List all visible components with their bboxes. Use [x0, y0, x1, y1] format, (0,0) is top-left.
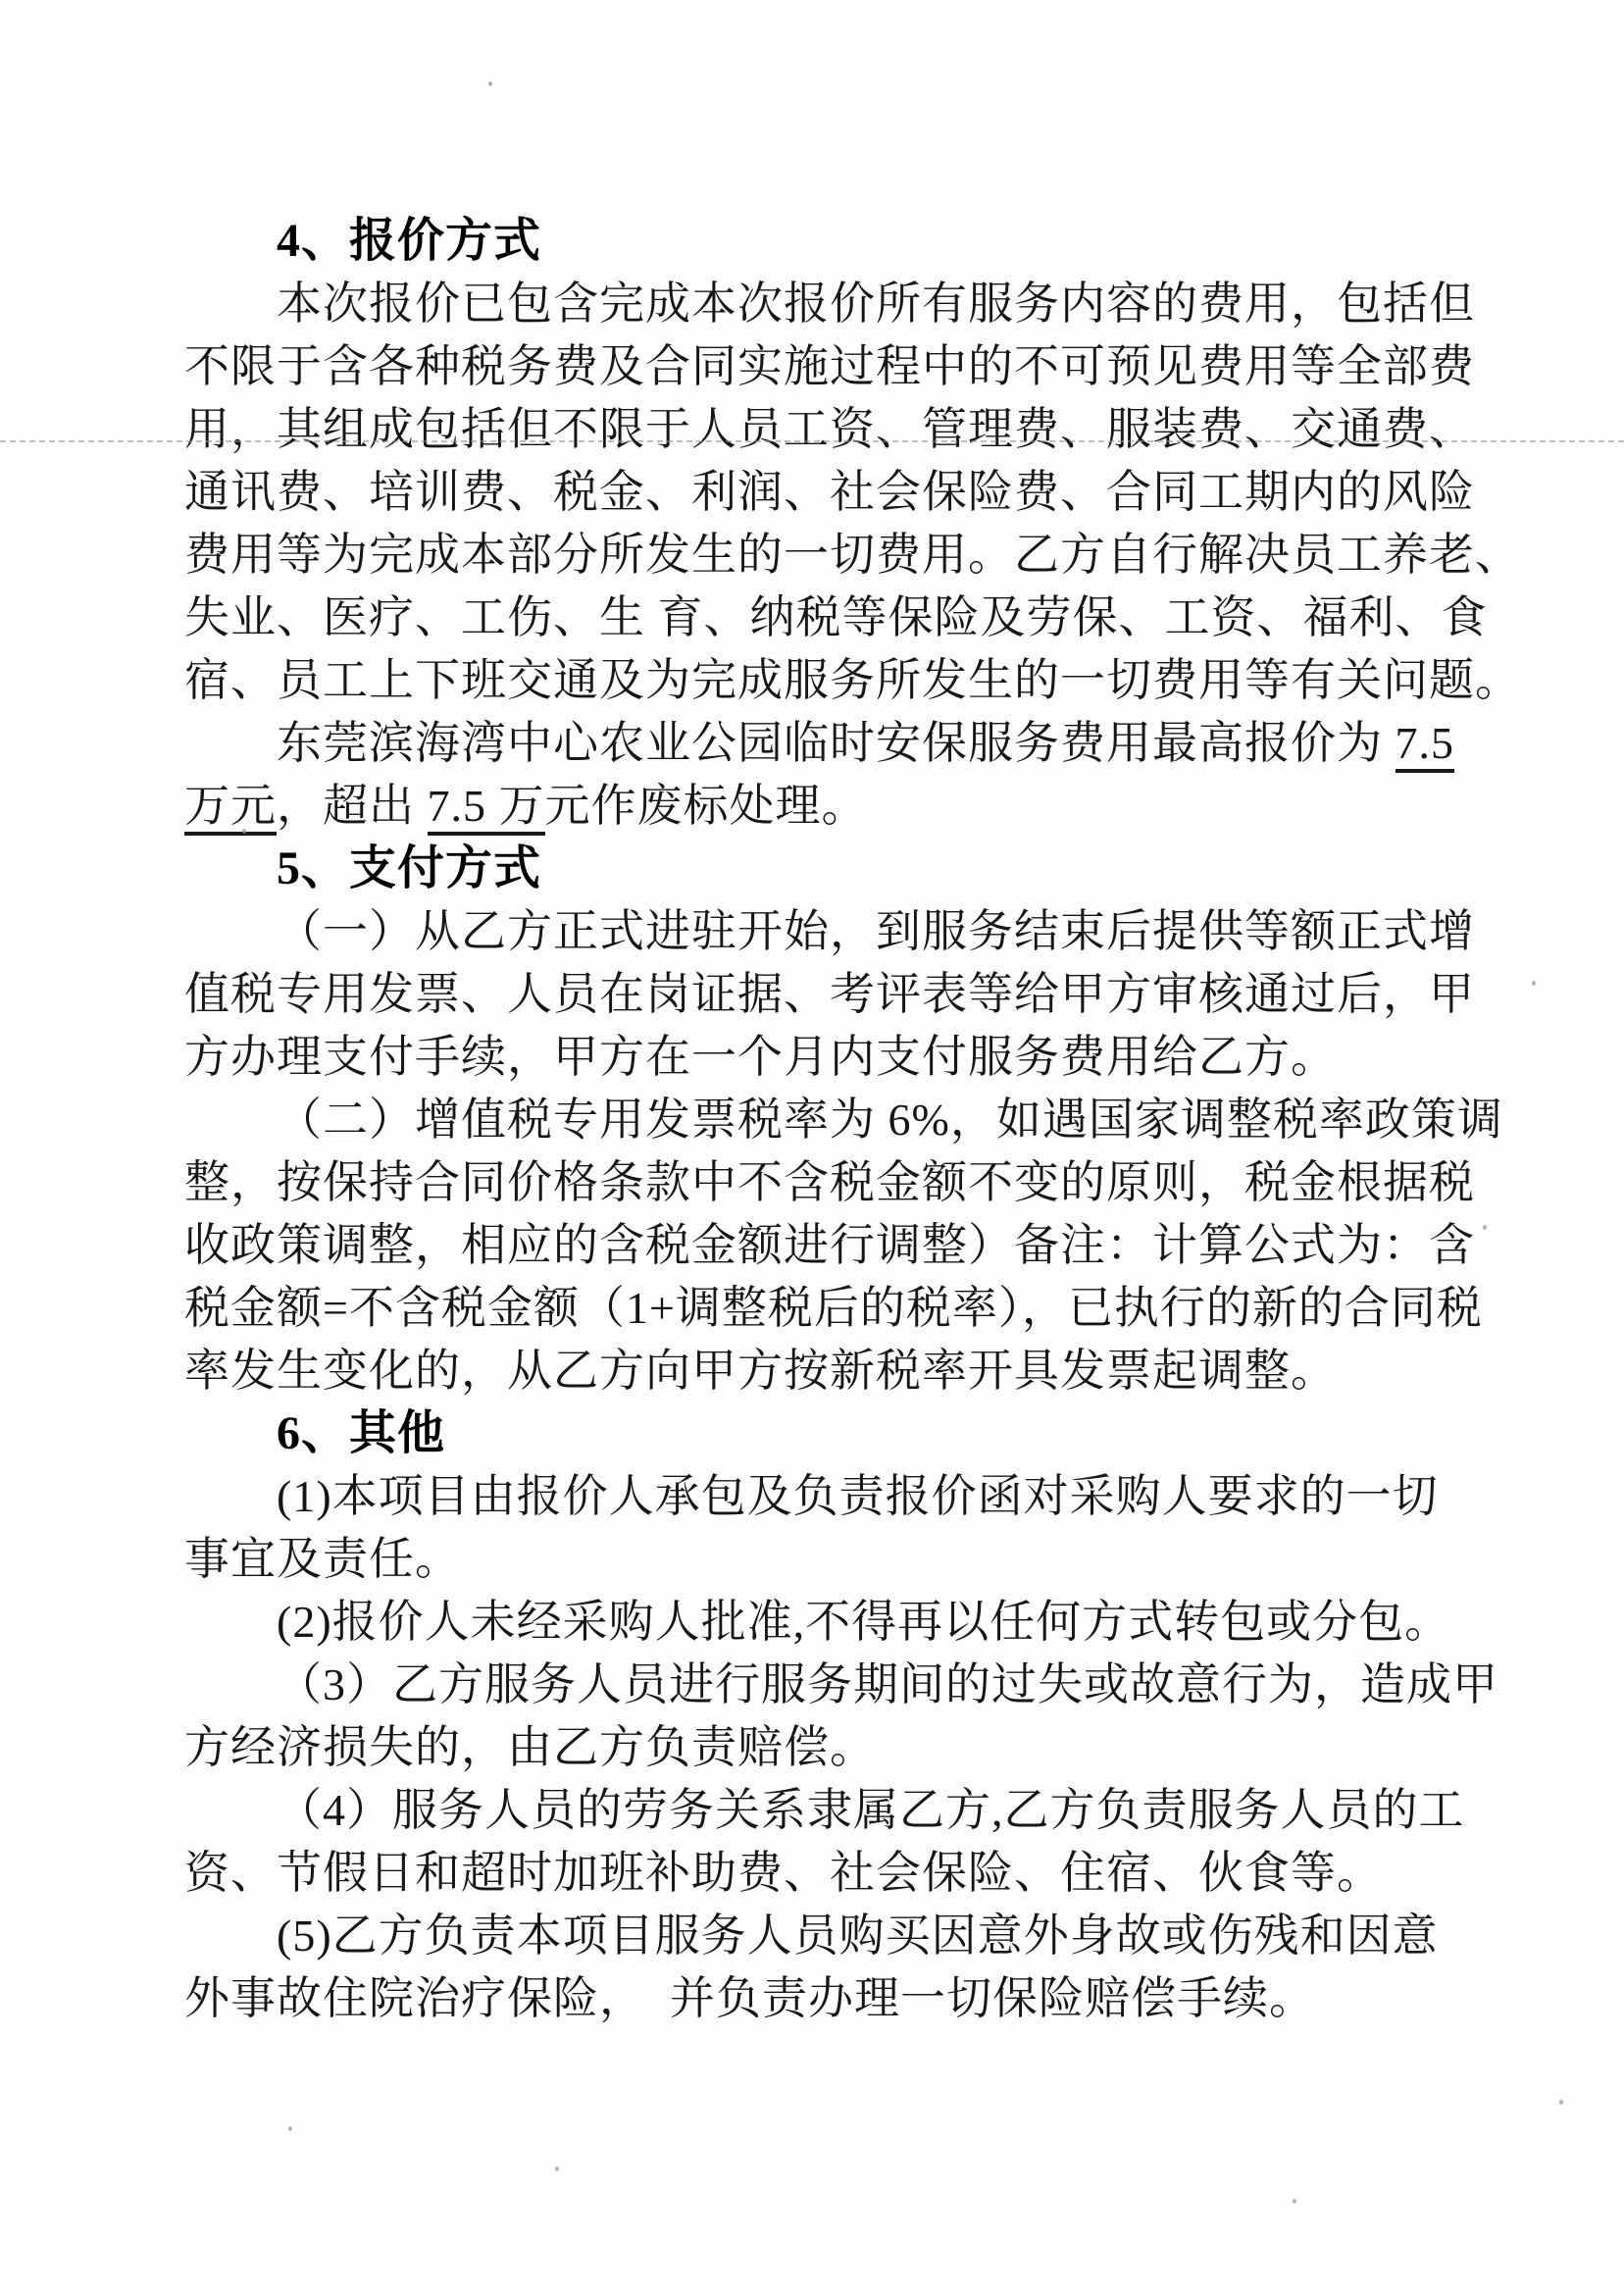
- text-segment: 方办理支付手续，甲方在一个月内支付服务费用给乙方。: [184, 1032, 1337, 1082]
- text-segment: 通讯费、培训费、税金、利润、社会保险费、合同工期内的风险: [184, 467, 1475, 517]
- scan-speck: [288, 2126, 292, 2131]
- text-line: (2)报价人未经采购人批准,不得再以任何方式转包或分包。: [184, 1591, 1455, 1654]
- text-line: 宿、员工上下班交通及为完成服务所发生的一切费用等有关问题。: [184, 649, 1455, 712]
- text-segment: 资、节假日和超时加班补助费、社会保险、住宿、伙食等。: [184, 1848, 1383, 1898]
- text-segment: （一）从乙方正式进驻开始，到服务结束后提供等额正式增: [277, 906, 1475, 956]
- section-heading: 4、报价方式: [184, 210, 1455, 273]
- scan-speck: [488, 81, 492, 86]
- underlined-text: 7.5 万: [428, 781, 545, 836]
- text-line: 万元，超出 7.5 万元作废标处理。: [184, 775, 1455, 838]
- text-segment: 用，其组成包括但不限于人员工资、管理费、服装费、交通费、: [184, 404, 1475, 454]
- text-segment: 失业、医疗、工伤、生 育、纳税等保险及劳保、工资、福利、食: [184, 592, 1488, 642]
- text-line: （4）服务人员的劳务关系隶属乙方,乙方负责服务人员的工: [184, 1779, 1455, 1842]
- text-line: 整，按保持合同价格条款中不含税金额不变的原则，税金根据税: [184, 1151, 1455, 1214]
- text-segment: 税金额=不含税金额（1+调整税后的税率），已执行的新的合同税: [184, 1283, 1483, 1333]
- text-line: 值税专用发票、人员在岗证据、考评表等给甲方审核通过后，甲: [184, 963, 1455, 1026]
- text-line: 东莞滨海湾中心农业公园临时安保服务费用最高报价为 7.5: [184, 712, 1455, 775]
- underlined-text: 7.5: [1396, 718, 1455, 773]
- text-line: 方经济损失的，由乙方负责赔偿。: [184, 1716, 1455, 1779]
- text-segment: 整，按保持合同价格条款中不含税金额不变的原则，税金根据税: [184, 1157, 1475, 1207]
- text-segment: 收政策调整，相应的含税金额进行调整）备注：计算公式为：含: [184, 1220, 1475, 1270]
- text-segment: 东莞滨海湾中心农业公园临时安保服务费用最高报价为: [277, 718, 1396, 768]
- section-heading: 6、其他: [184, 1402, 1455, 1465]
- scan-speck: [1483, 1225, 1487, 1230]
- text-line: 失业、医疗、工伤、生 育、纳税等保险及劳保、工资、福利、食: [184, 586, 1455, 649]
- text-segment: 方经济损失的，由乙方负责赔偿。: [184, 1722, 876, 1772]
- text-line: 资、节假日和超时加班补助费、社会保险、住宿、伙食等。: [184, 1842, 1455, 1905]
- text-line: 外事故住院治疗保险， 并负责办理一切保险赔偿手续。: [184, 1967, 1455, 2030]
- text-segment: （二）增值税专用发票税率为 6%，如遇国家调整税率政策调: [277, 1095, 1503, 1145]
- underlined-text: 万元: [184, 781, 277, 836]
- text-segment: 外事故住院治疗保险， 并负责办理一切保险赔偿手续。: [184, 1973, 1315, 2023]
- text-segment: ，超出: [277, 781, 428, 831]
- text-line: 事宜及责任。: [184, 1528, 1455, 1591]
- text-line: 用，其组成包括但不限于人员工资、管理费、服装费、交通费、: [184, 398, 1455, 461]
- text-segment: 本次报价已包含完成本次报价所有服务内容的费用，包括但: [277, 279, 1475, 329]
- text-segment: 宿、员工上下班交通及为完成服务所发生的一切费用等有关问题。: [184, 655, 1521, 705]
- text-segment: 6、其他: [277, 1407, 445, 1459]
- text-line: (5)乙方负责本项目服务人员购买因意外身故或伤残和因意: [184, 1905, 1455, 1967]
- text-segment: 元作废标处理。: [545, 781, 868, 831]
- scan-speck: [1293, 2199, 1296, 2204]
- text-segment: （3）乙方服务人员进行服务期间的过失或故意行为，造成甲: [277, 1659, 1498, 1709]
- text-line: 通讯费、培训费、税金、利润、社会保险费、合同工期内的风险: [184, 461, 1455, 524]
- section-heading: 5、支付方式: [184, 838, 1455, 900]
- text-line: 税金额=不含税金额（1+调整税后的税率），已执行的新的合同税: [184, 1277, 1455, 1340]
- text-segment: 4、报价方式: [277, 215, 541, 267]
- text-segment: (5)乙方负责本项目服务人员购买因意外身故或伤残和因意: [277, 1911, 1439, 1961]
- text-line: (1)本项目由报价人承包及负责报价函对采购人要求的一切: [184, 1465, 1455, 1528]
- text-segment: 费用等为完成本部分所发生的一切费用。乙方自行解决员工养老、: [184, 530, 1521, 580]
- scan-speck: [555, 2166, 559, 2171]
- text-segment: 值税专用发票、人员在岗证据、考评表等给甲方审核通过后，甲: [184, 969, 1475, 1019]
- text-line: 收政策调整，相应的含税金额进行调整）备注：计算公式为：含: [184, 1214, 1455, 1277]
- text-line: （3）乙方服务人员进行服务期间的过失或故意行为，造成甲: [184, 1654, 1455, 1716]
- text-segment: 事宜及责任。: [184, 1534, 461, 1584]
- text-line: （二）增值税专用发票税率为 6%，如遇国家调整税率政策调: [184, 1089, 1455, 1151]
- text-segment: (2)报价人未经采购人批准,不得再以任何方式转包或分包。: [277, 1597, 1450, 1647]
- text-line: （一）从乙方正式进驻开始，到服务结束后提供等额正式增: [184, 900, 1455, 963]
- scan-speck: [1532, 981, 1536, 986]
- text-segment: 5、支付方式: [277, 842, 541, 894]
- text-line: 率发生变化的，从乙方向甲方按新税率开具发票起调整。: [184, 1340, 1455, 1402]
- text-line: 方办理支付手续，甲方在一个月内支付服务费用给乙方。: [184, 1026, 1455, 1089]
- text-segment: 不限于含各种税务费及合同实施过程中的不可预见费用等全部费: [184, 341, 1475, 391]
- text-segment: (1)本项目由报价人承包及负责报价函对采购人要求的一切: [277, 1471, 1439, 1521]
- text-line: 不限于含各种税务费及合同实施过程中的不可预见费用等全部费: [184, 335, 1455, 398]
- scan-speck: [242, 829, 246, 834]
- document-page: 4、报价方式本次报价已包含完成本次报价所有服务内容的费用，包括但不限于含各种税务…: [0, 0, 1624, 2293]
- scan-artifact-dotted-line: [0, 440, 1624, 442]
- text-segment: （4）服务人员的劳务关系隶属乙方,乙方负责服务人员的工: [277, 1785, 1465, 1835]
- scan-speck: [1559, 2100, 1563, 2105]
- text-line: 费用等为完成本部分所发生的一切费用。乙方自行解决员工养老、: [184, 524, 1455, 586]
- text-segment: 率发生变化的，从乙方向甲方按新税率开具发票起调整。: [184, 1346, 1337, 1396]
- document-text-block: 4、报价方式本次报价已包含完成本次报价所有服务内容的费用，包括但不限于含各种税务…: [184, 210, 1455, 2030]
- text-line: 本次报价已包含完成本次报价所有服务内容的费用，包括但: [184, 273, 1455, 335]
